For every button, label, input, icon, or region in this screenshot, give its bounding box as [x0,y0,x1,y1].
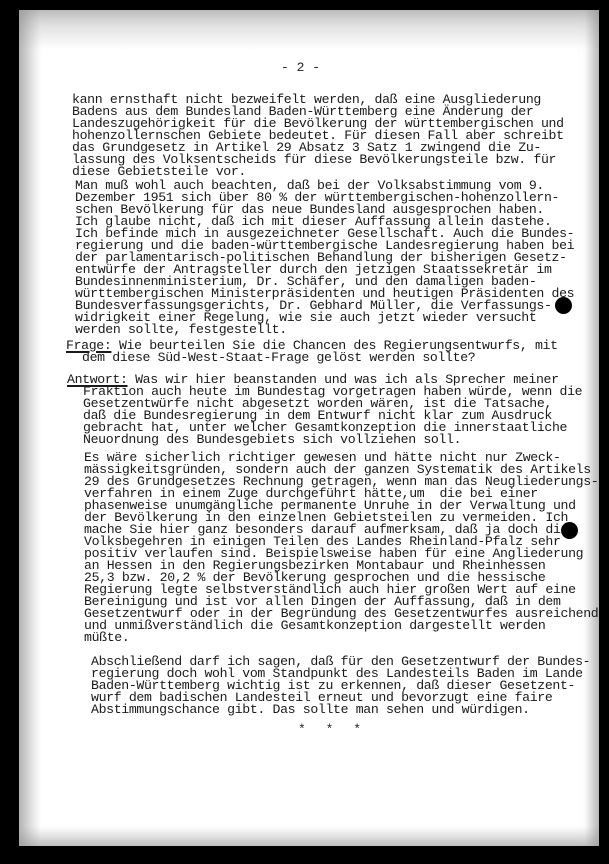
paragraph-line: müßte. [84,632,129,644]
page-number: - 2 - [281,60,320,75]
paragraph-line: diese Gebietsteile vor. [72,166,246,178]
paragraph-line: werden sollte, festgestellt. [75,324,287,336]
answer-continuation: Neuordnung des Bundesgebiets sich vollzi… [83,434,461,446]
scan-noise-bottom [19,826,599,846]
scan-noise-right [585,10,599,846]
punch-hole-icon [561,522,578,539]
punch-hole-icon [555,297,572,314]
paragraph-line: und unmißverständlich die Gesamtkonzepti… [84,620,545,632]
end-marker: * * * [298,722,367,737]
scan-noise-top [19,10,599,50]
scan-noise-left [19,10,41,846]
question-continuation: dem diese Süd-West-Staat-Frage gelöst we… [82,352,475,364]
paragraph-line: Abstimmungschance gibt. Das sollte man s… [91,704,530,716]
